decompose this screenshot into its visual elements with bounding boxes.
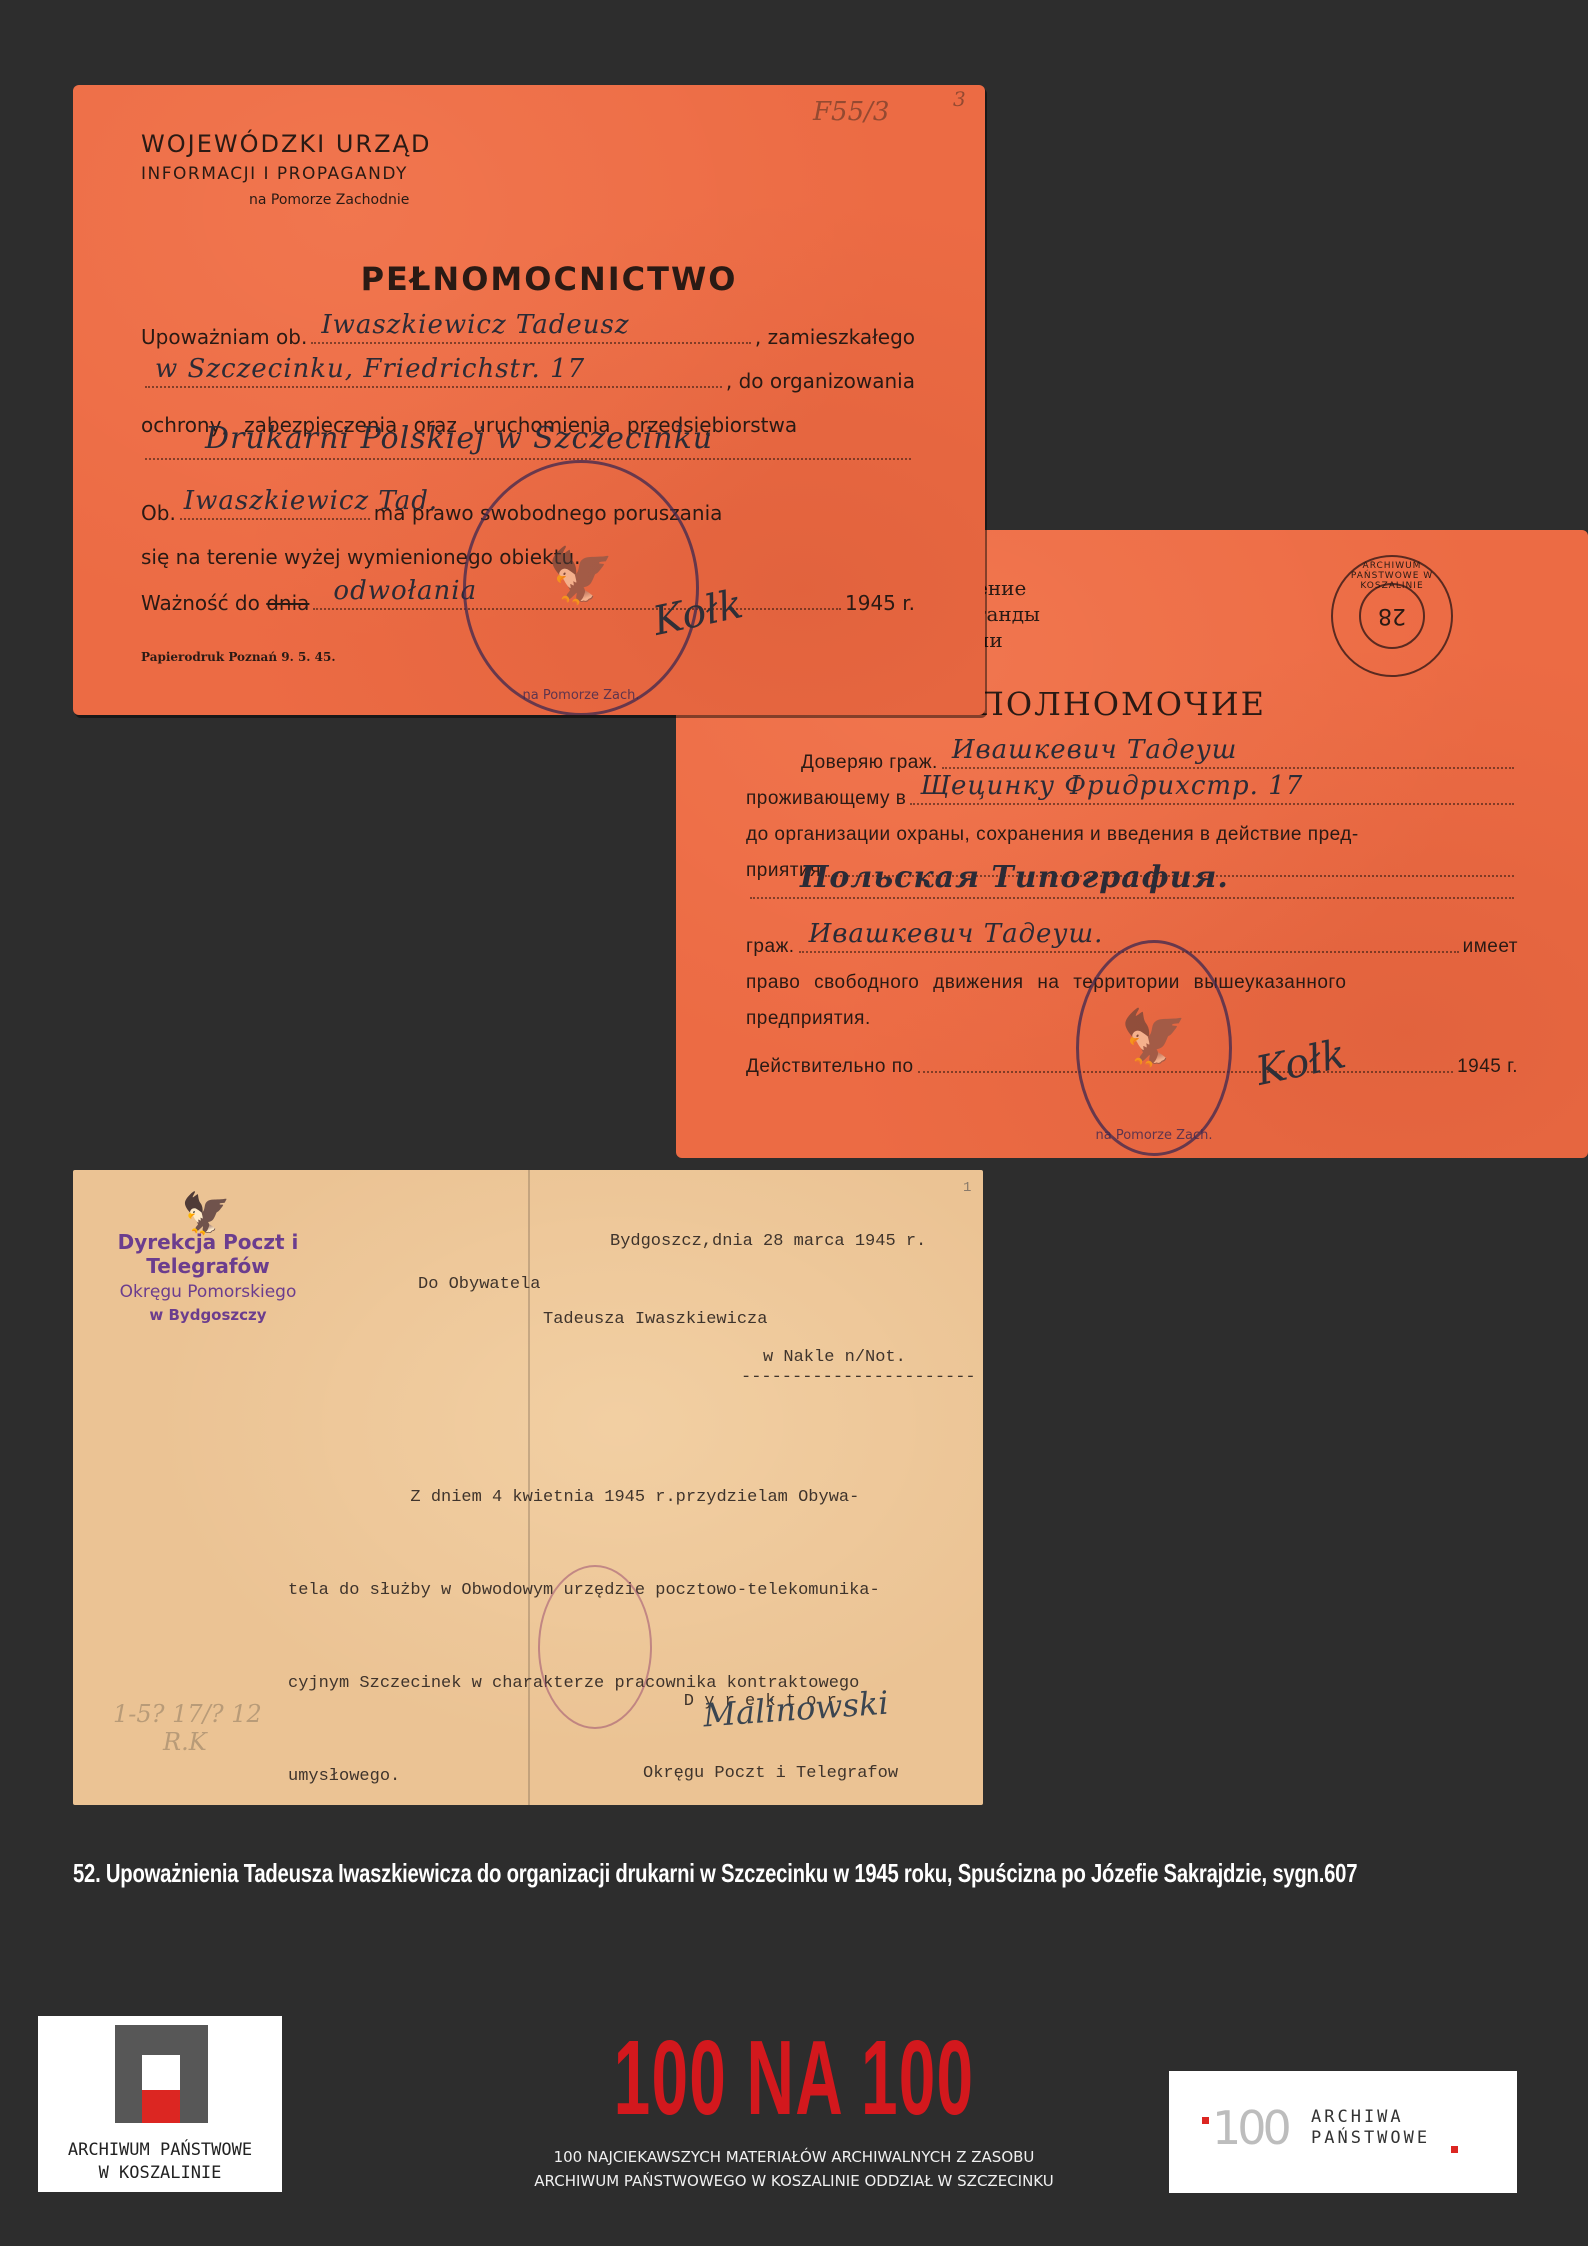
printer-note: Papierodruk Poznań 9. 5. 45. bbox=[141, 650, 336, 664]
label: Доверяю граж. bbox=[801, 752, 938, 774]
eagle-emblem-icon: 🦅 bbox=[547, 544, 614, 608]
archiwa-panstwowe-100-logo: 100 ARCHIWA PAŃSTWOWE bbox=[1169, 2071, 1517, 2193]
official-stamp: 🦅 na Pomorze Zach. bbox=[1076, 940, 1232, 1156]
issuer-header-fragment: ение ганды ии bbox=[976, 575, 1040, 653]
underline: ----------------------- bbox=[741, 1368, 976, 1387]
addressee-line: Do Obywatela bbox=[418, 1275, 540, 1294]
addressee-name: Tadeusza Iwaszkiewicza bbox=[543, 1310, 767, 1329]
issuer-line-1: WOJEWÓDZKI URZĄD bbox=[141, 130, 431, 158]
addressee-place: w Nakle n/Not. bbox=[763, 1348, 906, 1367]
pencil-line: R.K bbox=[113, 1728, 262, 1756]
label: , do organizowania bbox=[726, 369, 915, 393]
handwritten-entry: Drukarni Polskiej w Szczecinku bbox=[205, 421, 713, 456]
stamp-line: Dyrekcja Poczt i Telegrafów bbox=[73, 1230, 343, 1278]
label: проживающему в bbox=[746, 788, 906, 810]
document-polish-authorization: WOJEWÓDZKI URZĄD INFORMACJI I PROPAGANDY… bbox=[73, 85, 985, 715]
handwritten-entry: Iwaszkiewicz Tadeusz bbox=[321, 310, 629, 340]
label: 1945 r. bbox=[845, 591, 915, 615]
signoff-line: Okręgu Poczt i Telegrafow bbox=[643, 1762, 898, 1786]
label: право свободного движения на территории … bbox=[746, 972, 1346, 994]
label: Действительно по bbox=[746, 1056, 914, 1078]
form-line: до организации охраны, сохранения и введ… bbox=[746, 824, 1518, 846]
stamp-line: Okręgu Pomorskiego bbox=[73, 1282, 343, 1302]
handwritten-entry: Iwaszkiewicz Tad. bbox=[184, 486, 438, 516]
logo-line: ARCHIWA bbox=[1311, 2107, 1430, 2128]
label: Ważność do bbox=[141, 591, 260, 615]
document-postal-letter: 1 🦅 Dyrekcja Poczt i Telegrafów Okręgu P… bbox=[73, 1170, 983, 1805]
issuer-line-3: na Pomorze Zachodnie bbox=[249, 192, 431, 208]
label: Ob. bbox=[141, 501, 176, 525]
logo-text: ARCHIWA PAŃSTWOWE bbox=[1311, 2107, 1430, 2149]
eagle-emblem-icon: 🦅 bbox=[1120, 1006, 1187, 1070]
stamp-line: w Bydgoszczy bbox=[73, 1306, 343, 1324]
stamp-text: na Pomorze Zach. bbox=[1079, 1128, 1229, 1143]
document-title: PEŁNOMOCNICTWO bbox=[73, 260, 985, 298]
page-number: 3 bbox=[953, 87, 966, 111]
label: 1945 г. bbox=[1457, 1056, 1518, 1078]
label: предприятия. bbox=[746, 1008, 871, 1030]
pencil-note: 1-5? 17/? 12 R.K bbox=[113, 1700, 262, 1756]
logo-line: PAŃSTWOWE bbox=[1311, 2128, 1430, 2149]
page-number: 1 bbox=[963, 1180, 971, 1196]
issuer-header: WOJEWÓDZKI URZĄD INFORMACJI I PROPAGANDY… bbox=[141, 130, 431, 208]
handwritten-entry: w Szczecinku, Friedrichstr. 17 bbox=[155, 354, 585, 384]
label: до организации охраны, сохранения и введ… bbox=[746, 824, 1359, 846]
document-title: ПОЛНОМОЧИЕ bbox=[976, 685, 1266, 723]
header-fragment: ии bbox=[976, 627, 1040, 653]
logo-number: 100 bbox=[1212, 2105, 1288, 2151]
series-headline: 100 NA 100 bbox=[302, 2025, 1287, 2131]
form-line: проживающему в Щецинку Фридрихстр. 17 bbox=[746, 788, 1518, 810]
label: имеет bbox=[1463, 936, 1518, 958]
form-line: Польская Типография. bbox=[746, 896, 1518, 904]
stamp-number: 28 bbox=[1359, 583, 1425, 649]
label: граж. bbox=[746, 936, 795, 958]
handwritten-entry: Ивашкевич Тадеуш. bbox=[809, 919, 1104, 949]
label: Upoważniam ob. bbox=[141, 325, 307, 349]
round-stamp bbox=[538, 1565, 652, 1729]
form-line: Upoważniam ob. Iwaszkiewicz Tadeusz , za… bbox=[141, 325, 915, 349]
stamp-text: na Pomorze Zach. bbox=[466, 688, 696, 703]
form-line: w Szczecinku, Friedrichstr. 17 , do orga… bbox=[141, 369, 915, 393]
red-dot-icon bbox=[1451, 2146, 1458, 2153]
red-dot-icon bbox=[1202, 2117, 1209, 2124]
body-line: Z dniem 4 kwietnia 1945 r.przydzielam Ob… bbox=[288, 1482, 880, 1513]
archive-number: F55/3 bbox=[813, 97, 889, 127]
label: , zamieszkałego bbox=[755, 325, 915, 349]
handwritten-entry: Ивашкевич Тадеуш bbox=[952, 735, 1238, 765]
date-line: Bydgoszcz,dnia 28 marca 1945 r. bbox=[610, 1232, 926, 1251]
logo-mark-icon bbox=[115, 2025, 208, 2123]
signature: Kołk bbox=[1252, 1031, 1350, 1095]
header-fragment: ение bbox=[976, 575, 1040, 601]
official-stamp: 🦅 na Pomorze Zach. bbox=[463, 460, 699, 715]
archive-stamp: ARCHIWUM PAŃSTWOWE W KOSZALINIE 28 bbox=[1331, 555, 1453, 677]
handwritten-entry: Польская Типография. bbox=[800, 860, 1229, 895]
issuer-stamp: Dyrekcja Poczt i Telegrafów Okręgu Pomor… bbox=[73, 1230, 343, 1324]
form-line: Drukarni Polskiej w Szczecinku bbox=[141, 457, 915, 465]
handwritten-entry: odwołania bbox=[333, 576, 477, 606]
header-fragment: ганды bbox=[976, 601, 1040, 627]
struck-word: dnia bbox=[266, 591, 309, 615]
issuer-line-2: INFORMACJI I PROPAGANDY bbox=[141, 164, 431, 184]
exhibit-caption: 52. Upoważnienia Tadeusza Iwaszkiewicza … bbox=[73, 1858, 1357, 1889]
pencil-line: 1-5? 17/? 12 bbox=[113, 1700, 262, 1728]
handwritten-entry: Щецинку Фридрихстр. 17 bbox=[920, 771, 1303, 801]
